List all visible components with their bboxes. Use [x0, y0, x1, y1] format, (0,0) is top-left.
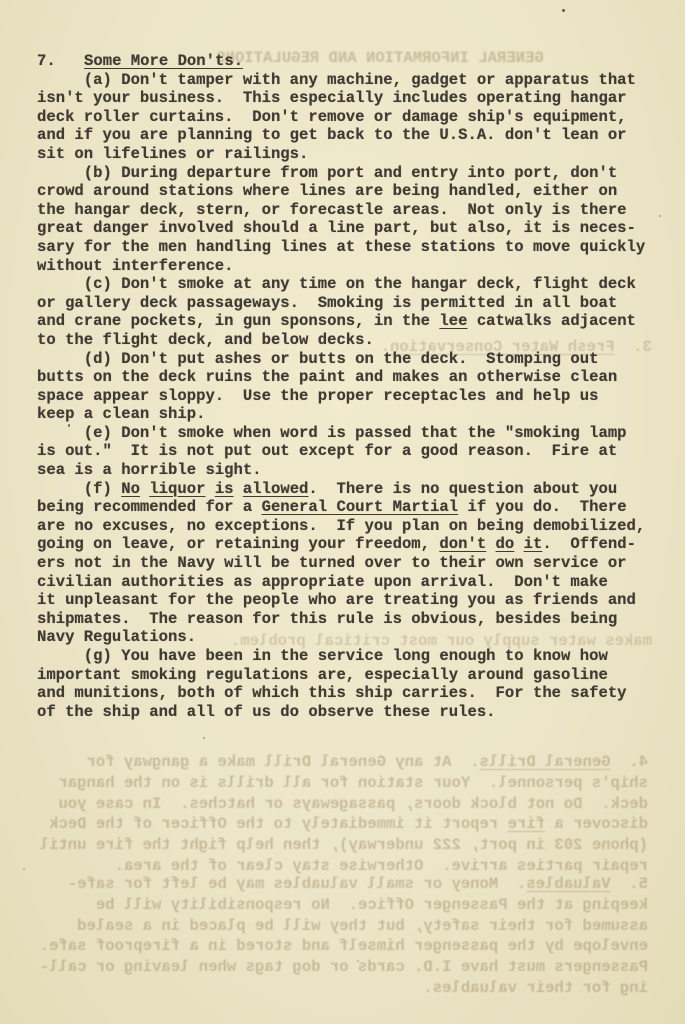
text-line: ship's personnel. Your station for all d… [36, 773, 648, 794]
text-line: the hangar deck, stern, or forecastle ar… [37, 201, 657, 220]
text-line: butts on the deck ruins the paint and ma… [37, 368, 657, 387]
paragraph-c: (c) Don't smoke at any time on the hanga… [37, 275, 657, 349]
paragraph-g: (g) You have been in the service long en… [37, 647, 657, 721]
text-line: keeping at the Passenger Office. No resp… [36, 895, 648, 916]
text-line: deck. Do not block doors, passageways or… [36, 794, 648, 815]
paragraph-d: (d) Don't put ashes or butts on the deck… [37, 350, 657, 424]
text-line: great danger involved should a line part… [37, 219, 657, 238]
bleed-through-general-drills-paragraph: 4. General Drills. At any General Drill … [36, 752, 648, 877]
text-line: 4. General Drills. At any General Drill … [36, 752, 648, 773]
text-line: ers not in the Navy will be turned over … [37, 554, 657, 573]
text-line: discover a fire report it immediately to… [36, 814, 648, 835]
text-line: to the flight deck, and below decks. [37, 331, 657, 350]
text-line: and crane pockets, in gun sponsons, in t… [37, 312, 657, 331]
text-line: it unpleasant for the people who are tre… [37, 591, 657, 610]
section-number: 7. [37, 52, 84, 71]
text-line: space appear sloppy. Use the proper rece… [37, 387, 657, 406]
text-line: keep a clean ship. [37, 405, 657, 424]
paragraph-a: (a) Don't tamper with any machine, gadge… [37, 71, 657, 164]
text-line: going on leave, or retaining your freedo… [37, 535, 657, 554]
text-line: important smoking regulations are, espec… [37, 666, 657, 685]
paper-speck [357, 960, 359, 962]
paragraph-e: (e) Don't smoke when word is passed that… [37, 424, 657, 480]
paper-speck [203, 737, 205, 739]
text-line: are no excuses, no exceptions. If you pl… [37, 517, 657, 536]
text-line: (d) Don't put ashes or butts on the deck… [37, 350, 657, 369]
text-line: sit on lifelines or railings. [37, 145, 657, 164]
paper-speck [23, 868, 25, 870]
text-line: civilian authorities as appropriate upon… [37, 573, 657, 592]
main-text-block: 7.Some More Don'ts. (a) Don't tamper wit… [37, 52, 657, 721]
text-line: (b) During departure from port and entry… [37, 164, 657, 183]
text-line: (phone 203 in port, 222 underway), then … [36, 835, 648, 856]
text-line: (f) No liquor is allowed. There is no qu… [37, 480, 657, 499]
text-line: Navy Regulations. [37, 628, 657, 647]
document-page: GENERAL INFORMATION AND REGULATIONS 3. F… [0, 0, 685, 1024]
text-line: (a) Don't tamper with any machine, gadge… [37, 71, 657, 90]
section-heading: 7.Some More Don'ts. [37, 52, 657, 71]
paragraph-b: (b) During departure from port and entry… [37, 164, 657, 276]
text-line: deck roller curtains. Don't remove or da… [37, 108, 657, 127]
paper-speck [68, 424, 70, 427]
text-line: being recommended for a General Court Ma… [37, 498, 657, 517]
paper-speck [659, 215, 661, 217]
text-line: 5. Valuables. Money or small valuables m… [36, 874, 648, 895]
text-line: shipmates. The reason for this rule is o… [37, 610, 657, 629]
text-line: and munitions, both of which this ship c… [37, 684, 657, 703]
text-line: Passengers must have I.D. cards or dog t… [36, 957, 648, 978]
text-line: envelope by the passenger himself and st… [36, 936, 648, 957]
paragraph-f: (f) No liquor is allowed. There is no qu… [37, 480, 657, 647]
text-line: or gallery deck passageways. Smoking is … [37, 294, 657, 313]
paper-speck [562, 9, 565, 12]
text-line: isn't your business. This especially inc… [37, 89, 657, 108]
text-line: (c) Don't smoke at any time on the hanga… [37, 275, 657, 294]
text-line: crowd around stations where lines are be… [37, 182, 657, 201]
text-line: is out." It is not put out except for a … [37, 442, 657, 461]
text-line: assumed for their safety, but they will … [36, 916, 648, 937]
text-line: sary for the men handling lines at these… [37, 238, 657, 257]
text-line: (e) Don't smoke when word is passed that… [37, 424, 657, 443]
text-line: and if you are planning to get back to t… [37, 126, 657, 145]
bleed-through-valuables-paragraph: 5. Valuables. Money or small valuables m… [36, 874, 648, 999]
text-line: ing for their valuables. [36, 978, 648, 999]
text-line: without interference. [37, 257, 657, 276]
text-line: sea is a horrible sight. [37, 461, 657, 480]
text-line: of the ship and all of us do observe the… [37, 703, 657, 722]
text-line: (g) You have been in the service long en… [37, 647, 657, 666]
section-title: Some More Don'ts. [84, 52, 243, 70]
